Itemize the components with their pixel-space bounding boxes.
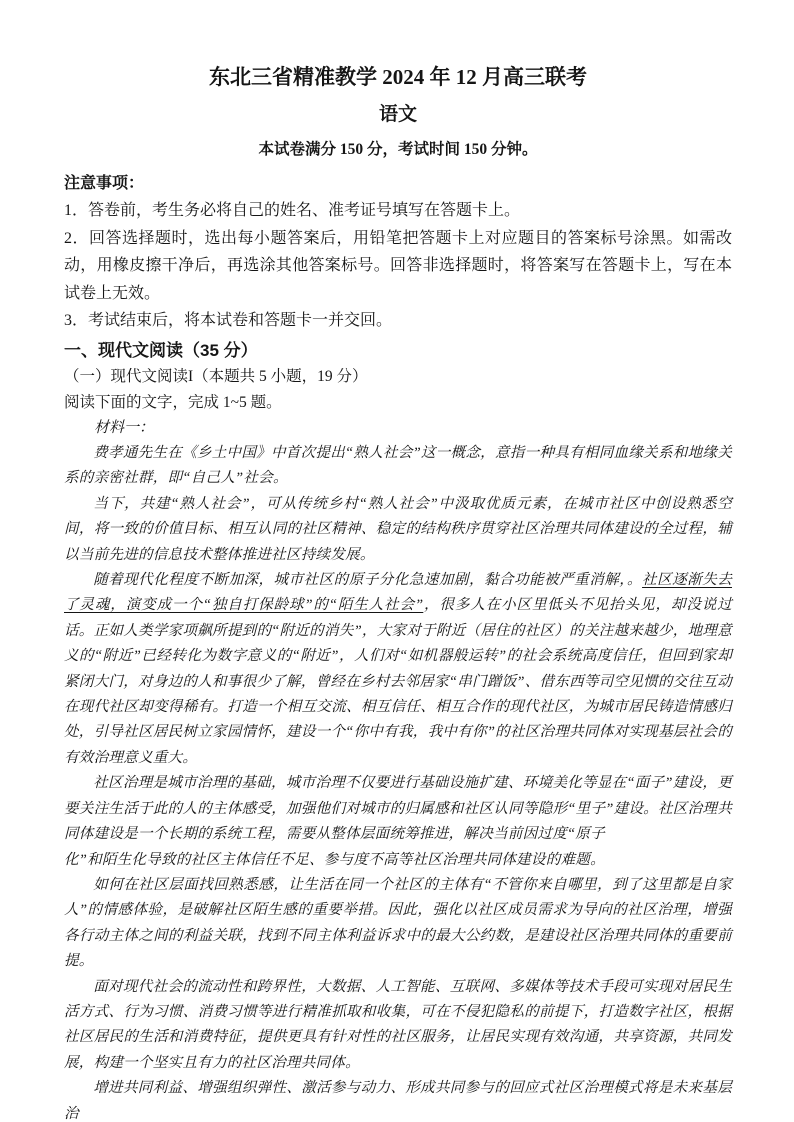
- material-paragraph-5: 如何在社区层面找回熟悉感，让生活在同一个社区的主体有“不管你来自哪里，到了这里都…: [64, 873, 732, 975]
- reading-instruction: 阅读下面的文字，完成 1~5 题。: [64, 390, 732, 416]
- notice-item-1: 1．答卷前，考生务必将自己的姓名、准考证号填写在答题卡上。: [64, 197, 732, 225]
- material-paragraph-4: 社区治理是城市治理的基础，城市治理不仅要进行基础设施扩建、环境美化等显在“面子”…: [64, 771, 732, 873]
- paper-info: 本试卷满分 150 分，考试时间 150 分钟。: [64, 139, 732, 161]
- paragraph-4-line-1: 社区治理是城市治理的基础，城市治理不仅要进行基础设施扩建、环境美化等显在“面子”…: [64, 775, 732, 842]
- material-one: 材料一： 费孝通先生在《乡土中国》中首次提出“熟人社会”这一概念，意指一种具有相…: [64, 416, 732, 1122]
- material-paragraph-1: 费孝通先生在《乡土中国》中首次提出“熟人社会”这一概念，意指一种具有相同血缘关系…: [64, 441, 732, 492]
- paragraph-3-lead-text: 随着现代化程度不断加深，城市社区的原子分化急速加剧，黏合功能被严重消解，。: [93, 572, 642, 588]
- material-paragraph-2: 当下，共建“熟人社会”，可从传统乡村“熟人社会”中汲取优质元素，在城市社区中创设…: [64, 492, 732, 568]
- material-paragraph-6: 面对现代社会的流动性和跨界性，大数据、人工智能、互联网、多媒体等技术手段可实现对…: [64, 975, 732, 1077]
- notice-heading: 注意事项：: [64, 171, 732, 197]
- paragraph-3-rest-text: ，很多人在小区里低头不见抬头见，却没说过话。正如人类学家项飙所提到的“附近的消失…: [64, 597, 732, 765]
- material-paragraph-3: 随着现代化程度不断加深，城市社区的原子分化急速加剧，黏合功能被严重消解，。社区逐…: [64, 568, 732, 771]
- material-one-label: 材料一：: [64, 416, 732, 442]
- material-paragraph-7: 增进共同利益、增强组织弹性、激活参与动力、形成共同参与的回应式社区治理模式将是未…: [64, 1076, 732, 1122]
- notice-item-3: 3．考试结束后，将本试卷和答题卡一并交回。: [64, 307, 732, 335]
- notice-item-2: 2．回答选择题时，选出每小题答案后，用铅笔把答题卡上对应题目的答案标号涂黑。如需…: [64, 225, 732, 308]
- exam-title: 东北三省精准教学 2024 年 12 月高三联考: [64, 64, 732, 90]
- exam-paper-page: 东北三省精准教学 2024 年 12 月高三联考 语文 本试卷满分 150 分，…: [0, 0, 794, 1122]
- paragraph-4-line-2: 化”和陌生化导致的社区主体信任不足、参与度不高等社区治理共同体建设的难题。: [64, 852, 605, 868]
- section-one-subheading: （一）现代文阅读I（本题共 5 小题，19 分）: [64, 364, 732, 390]
- section-one-heading: 一、现代文阅读（35 分）: [64, 337, 732, 364]
- subject-title: 语文: [64, 103, 732, 127]
